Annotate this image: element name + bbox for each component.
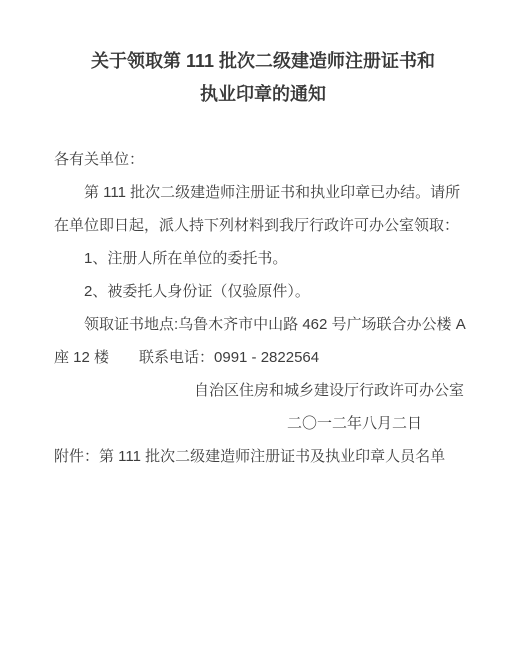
document-body: 各有关单位： 第 111 批次二级建造师注册证书和执业印章已办结。请所在单位即日… <box>54 143 472 473</box>
salutation: 各有关单位： <box>54 143 472 176</box>
document-title-line1: 关于领取第 111 批次二级建造师注册证书和 <box>54 45 472 78</box>
attachment-line: 附件：第 111 批次二级建造师注册证书及执业印章人员名单 <box>54 440 472 473</box>
document-title: 关于领取第 111 批次二级建造师注册证书和 执业印章的通知 <box>54 45 472 111</box>
pickup-info: 领取证书地点:乌鲁木齐市中山路 462 号广场联合办公楼 A 座 12 楼 联系… <box>54 308 472 374</box>
body-paragraph: 第 111 批次二级建造师注册证书和执业印章已办结。请所在单位即日起，派人持下列… <box>54 176 472 242</box>
list-item-1: 1、注册人所在单位的委托书。 <box>54 242 472 275</box>
issuer-signature: 自治区住房和城乡建设厅行政许可办公室 <box>54 374 472 407</box>
issue-date: 二〇一二年八月二日 <box>54 407 472 440</box>
list-item-2: 2、被委托人身份证（仅验原件）。 <box>54 275 472 308</box>
notice-document: 关于领取第 111 批次二级建造师注册证书和 执业印章的通知 各有关单位： 第 … <box>0 0 528 660</box>
document-title-line2: 执业印章的通知 <box>54 78 472 111</box>
